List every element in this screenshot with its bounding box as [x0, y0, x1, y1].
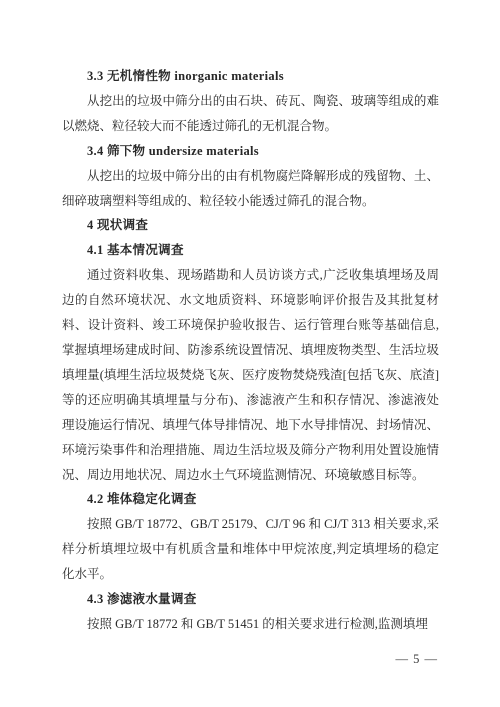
section-heading-3-3: 3.3 无机惰性物 inorganic materials: [62, 64, 439, 89]
body-paragraph-4-1: 通过资料收集、现场踏勘和人员访谈方式,广泛收集填埋场及周边的自然环境状况、水文地…: [62, 263, 439, 487]
section-heading-4-2: 4.2 堆体稳定化调查: [62, 487, 439, 512]
section-heading-3-4: 3.4 筛下物 undersize materials: [62, 139, 439, 164]
body-paragraph-4-2: 按照 GB/T 18772、GB/T 25179、CJ/T 96 和 CJ/T …: [62, 512, 439, 587]
definition-paragraph-3-4: 从挖出的垃圾中筛分出的由有机物腐烂降解形成的残留物、土、细碎玻璃塑料等组成的、粒…: [62, 164, 439, 214]
definition-paragraph-3-3: 从挖出的垃圾中筛分出的由石块、砖瓦、陶瓷、玻璃等组成的难以燃烧、粒径较大而不能透…: [62, 89, 439, 139]
section-heading-4-1: 4.1 基本情况调查: [62, 238, 439, 263]
body-paragraph-4-3: 按照 GB/T 18772 和 GB/T 51451 的相关要求进行检测,监测填…: [62, 612, 439, 637]
document-body: 3.3 无机惰性物 inorganic materials 从挖出的垃圾中筛分出…: [62, 64, 439, 637]
document-page: 3.3 无机惰性物 inorganic materials 从挖出的垃圾中筛分出…: [0, 0, 500, 707]
chapter-heading-4: 4 现状调查: [62, 213, 439, 238]
page-number: — 5 —: [396, 650, 439, 668]
section-heading-4-3: 4.3 渗滤液水量调查: [62, 587, 439, 612]
